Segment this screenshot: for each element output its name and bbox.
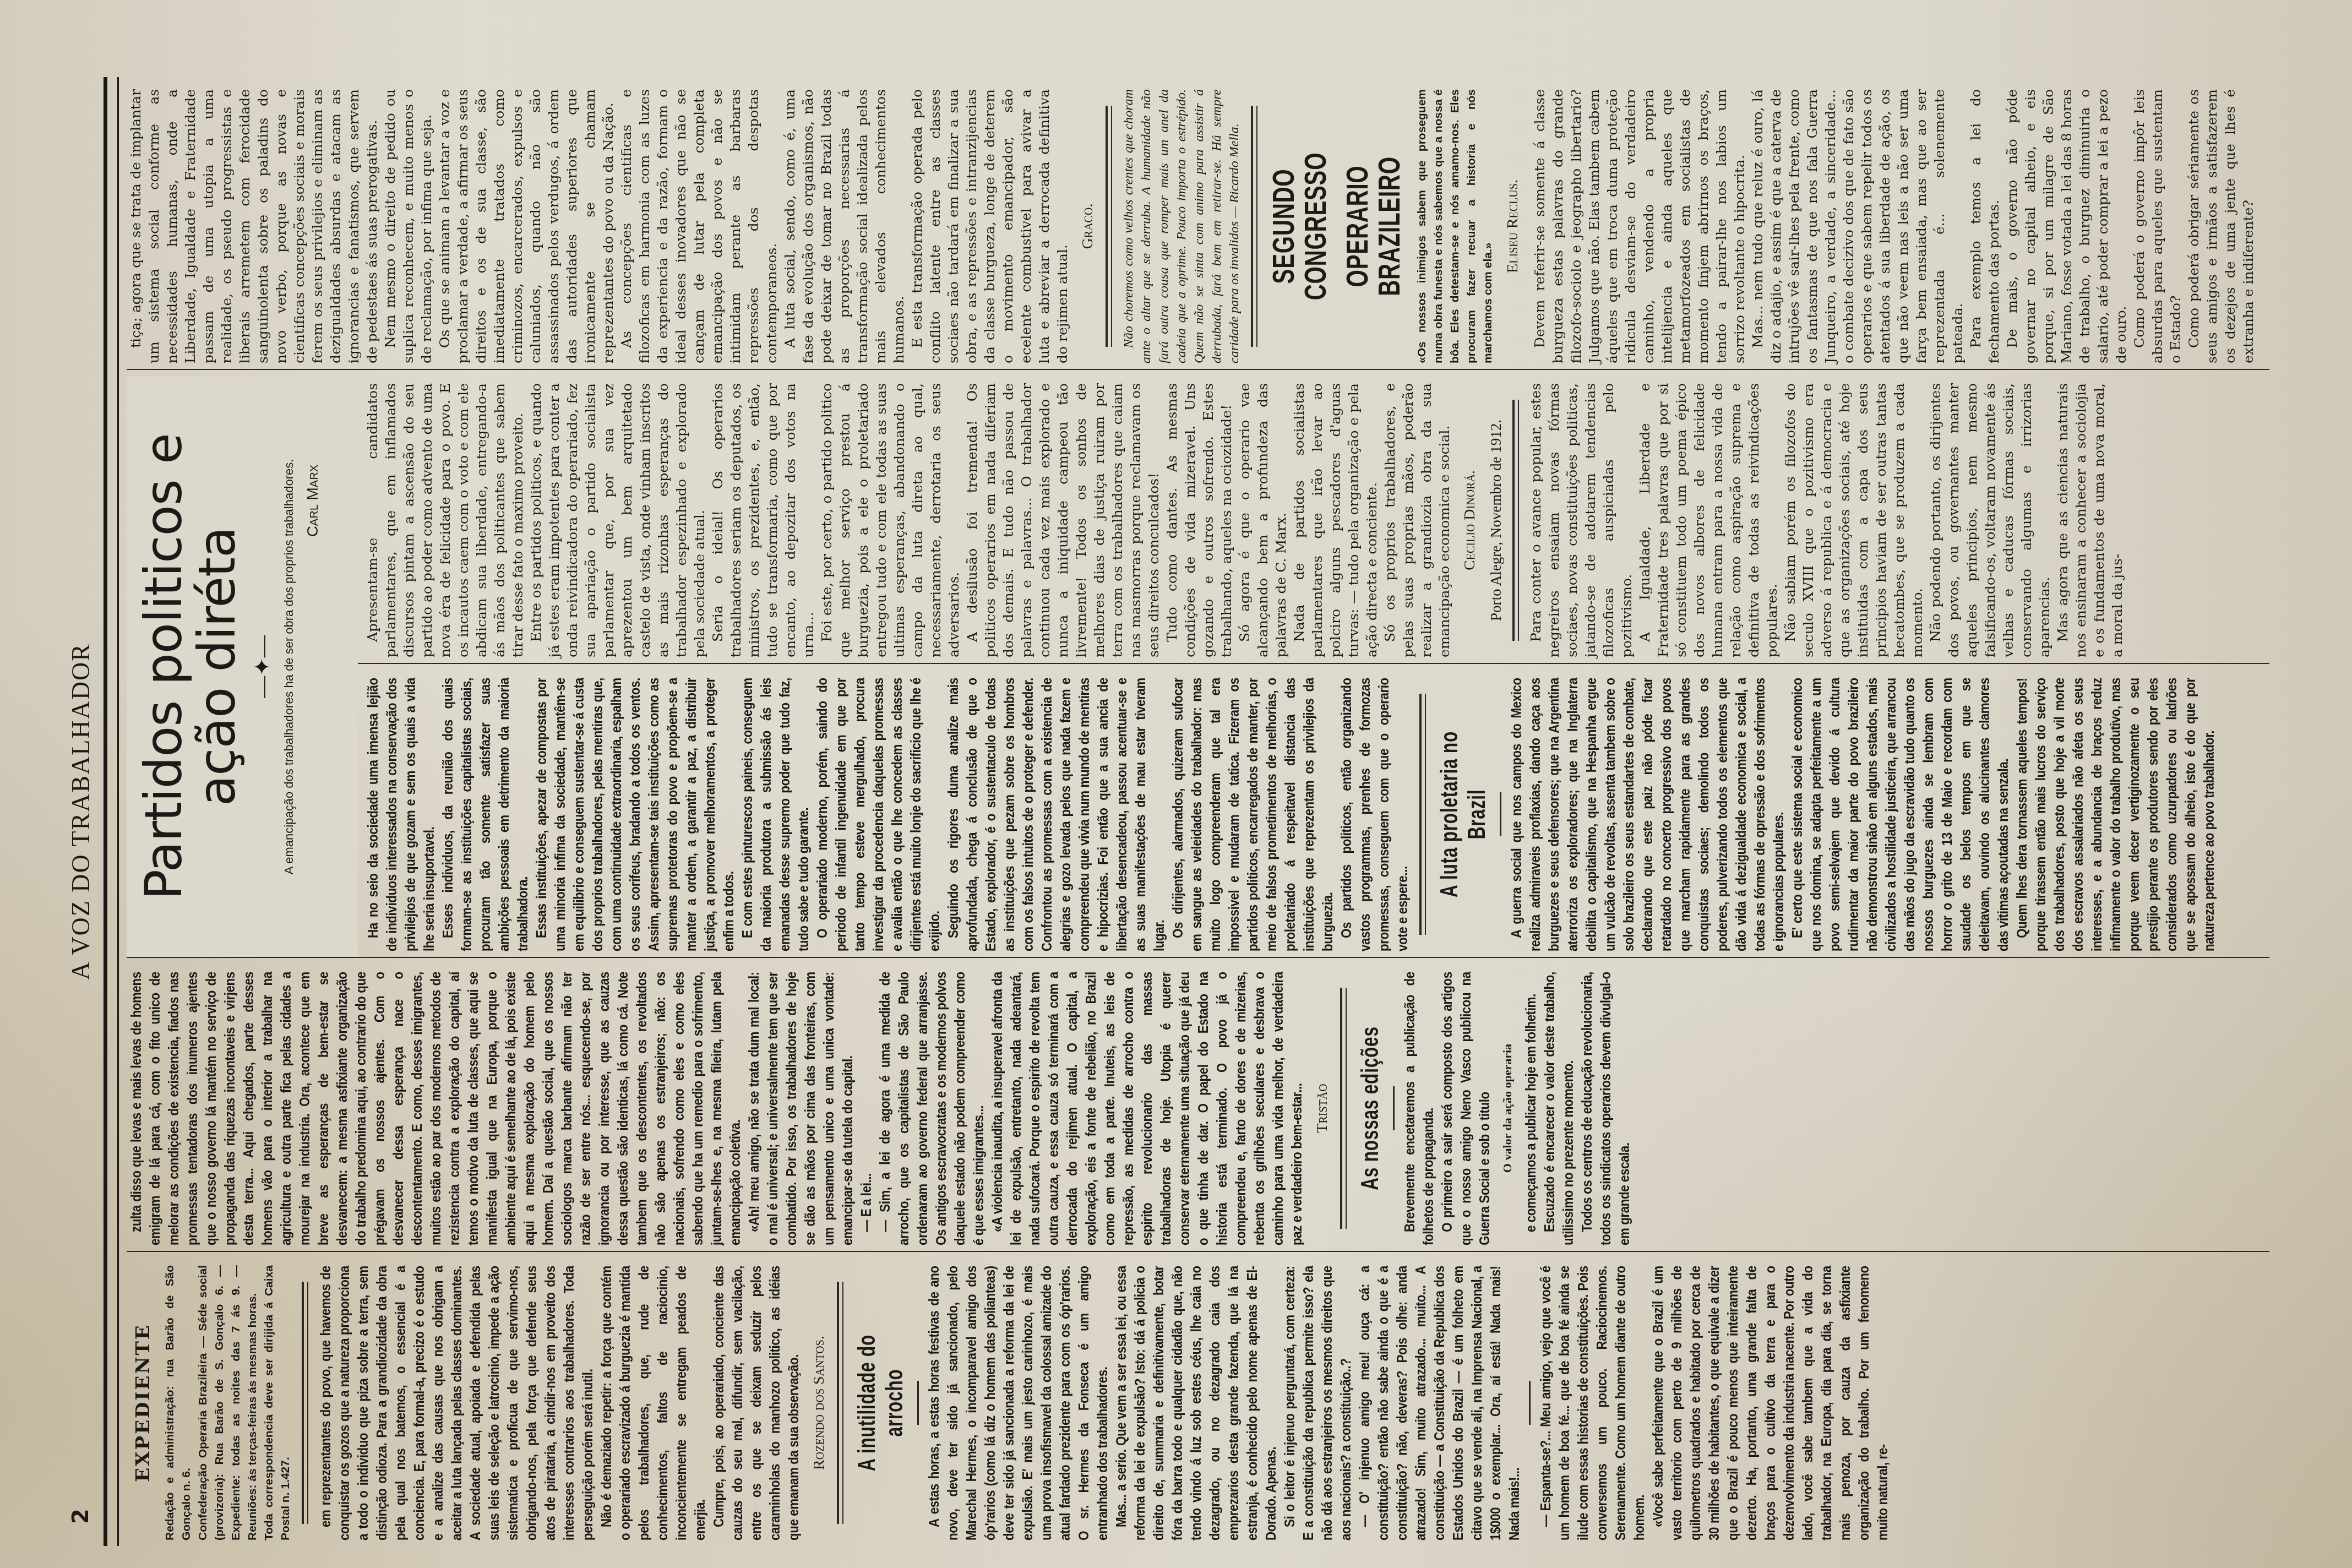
expediente-title: EXPEDIENTE	[132, 1265, 154, 1540]
paragraph: Escuzado é encarecer o valor deste traba…	[1540, 972, 1577, 1245]
paragraph: Para exemplo temos a lei do fechamento d…	[1967, 89, 2003, 363]
paragraph: Como poderá obrigar sériamente os seus a…	[2185, 89, 2257, 363]
article-title-luta: A luta proletaria no Brazil	[1436, 716, 1491, 913]
paragraph: Ha no seio da sociedade uma imensa lejiã…	[363, 678, 438, 951]
paragraph: Nada de partidos socialistas parlamentar…	[1290, 383, 1381, 657]
paragraph: Os dirijentes, alarmados, quizeram sufoc…	[1168, 678, 1337, 951]
article-signature: Cecilio Dinorá.	[1461, 383, 1479, 657]
paragraph: Para conter o avance popular, estes negr…	[1527, 383, 1636, 657]
separator	[1106, 106, 1112, 347]
paragraph: A guerra social que nos campos do Mexico…	[1507, 678, 1788, 951]
newspaper-title: A VOZ DO TRABALHADOR	[66, 77, 95, 1546]
separator	[917, 1381, 919, 1425]
paragraph: E esta transformação operada pelo confli…	[908, 89, 1071, 363]
paragraph: tiça; agora que se trata de implantar um…	[127, 89, 381, 363]
paragraph: Só os proprios trabalhadores, e pelas su…	[1381, 383, 1453, 657]
paragraph: A desilusão foi tremenda! Os politicos o…	[963, 383, 1163, 657]
paragraph: Quem lhes dera tornassem aqueles tempos!…	[2012, 678, 2218, 951]
column-4: Apresentam-se candidatos parlamentares, …	[127, 378, 2269, 664]
separator	[1393, 1086, 1395, 1130]
separator	[1529, 1381, 1531, 1425]
paragraph: Cumpre, pois, ao operariado, conciente d…	[709, 1266, 803, 1540]
paragraph: em reprezentantes do povo, que havemos d…	[316, 1266, 597, 1540]
paragraph: A estas horas, a estas horas festivas de…	[924, 1266, 1112, 1540]
paragraph: O primeiro a saír será composto dos arti…	[1438, 972, 1494, 1245]
ornament-divider: —✦—	[249, 377, 275, 957]
paragraph: Os partidos politicos, então organizando…	[1337, 678, 1412, 951]
separator	[1340, 988, 1347, 1229]
paragraph: «Você sabe perfeitamente que o Brazil é …	[1648, 1266, 1892, 1540]
column-2: zulta disso que levas e mais levas de ho…	[127, 966, 2269, 1252]
paragraph: As concepções cientificas e filozoficas …	[617, 89, 781, 363]
paragraph: Tudo como dantes. As mesmas condições de…	[1163, 383, 1235, 657]
paragraph: Não é demaziado repetir: a força que con…	[597, 1266, 709, 1540]
paragraph: O operariado moderno, porém, saindo do p…	[813, 678, 944, 951]
paragraph: — E a lei...	[857, 972, 875, 1245]
epigraph: A emancipação dos trabalhadores ha de se…	[280, 377, 324, 957]
paragraph: e começamos a publicar hoje em folhetim.	[1521, 972, 1540, 1245]
newspaper-page: 2 A VOZ DO TRABALHADOR EXPEDIENTE Redaçã…	[0, 0, 2352, 1568]
paragraph: Não sabiam porém os filozofos do seculo …	[1781, 383, 1926, 657]
paragraph: Devem referir-se somente á classe burgue…	[1531, 89, 1749, 363]
paragraph: Seria o ideial! Os operarios trabalhador…	[709, 383, 818, 657]
paragraph: — O' injenuo amigo meu! ouça cá: a const…	[1355, 1266, 1523, 1540]
expediente-line: Toda correspondencia deve ser dirijida á…	[261, 1265, 294, 1540]
epigraph-text: A emancipação dos trabalhadores ha de se…	[282, 459, 296, 875]
paragraph: Essas instituições, apezar de compostas …	[532, 678, 738, 951]
article-signature: Rozendo dos Santos.	[810, 1265, 828, 1540]
paragraph: Si o leitor é injenuo perguntará, com ce…	[1280, 1266, 1355, 1540]
paragraph: De mais, o governo não póde governar no …	[2003, 89, 2130, 363]
quote-signature: Eliseu Reclus.	[1504, 89, 1522, 363]
article-title-arrocho: A inutilidade do arrocho	[853, 1304, 908, 1502]
separator	[837, 1282, 843, 1524]
expediente-line: Confederação Operaria Brazileira — Séde …	[195, 1265, 261, 1540]
paragraph: Não podendo portanto, os dirijentes dos …	[1926, 383, 2054, 657]
paragraph: Esses individuos, da reunião dos quais f…	[438, 678, 532, 951]
reclus-quote: «Os nossos inimigos sabem que proseguem …	[1414, 89, 1496, 363]
paragraph: — Sim, a lei de agora é uma medida de ar…	[875, 972, 988, 1245]
columns: EXPEDIENTE Redação e administração: rua …	[127, 77, 2269, 1546]
paragraph: Só agora é que o operario vae alcançando…	[1235, 383, 1290, 657]
paragraph: Mas agora que as ciencias naturais nos e…	[2054, 383, 2126, 657]
paragraph: — Espanta-se?... Meu amigo, vejo que voc…	[1536, 1266, 1648, 1540]
paragraph: E com estes pinturescos paineis, consegu…	[738, 678, 813, 951]
paragraph: A Igualdade, Liberdade e Fraternidade tr…	[1636, 383, 1781, 657]
paragraph: A luta social, sendo, como é, uma fase d…	[781, 89, 908, 363]
column-1: EXPEDIENTE Redação e administração: rua …	[127, 1260, 2269, 1546]
partidos-headline-block: Partidos politicos e ação diréta —✦— A e…	[127, 377, 358, 958]
expediente-line: Redação e administração: rua Barão de Sã…	[162, 1265, 195, 1540]
paragraph: Seguindo os rigores duma analize mais ap…	[944, 678, 1168, 951]
separator	[302, 1282, 308, 1524]
masthead-rule	[104, 77, 119, 1546]
column-5: tiça; agora que se trata de implantar um…	[127, 84, 2269, 370]
article-signature: Tristão	[1314, 971, 1331, 1245]
article-title-congresso-1: SEGUNDO CONGRESSO	[1267, 128, 1331, 325]
paragraph: «Ah! meu amigo, não se trata dum mal loc…	[744, 972, 857, 1245]
article-title-congresso-2: OPERARIO BRAZILEIRO	[1341, 128, 1405, 325]
paragraph: Foi este, por certo, o partido politico …	[818, 383, 963, 657]
article-title-edicoes: As nossas edições	[1357, 1010, 1384, 1207]
paragraph: Mas... nem tudo que reluz é ouro, lá diz…	[1749, 89, 1967, 363]
separator	[1419, 694, 1426, 935]
separator	[1500, 792, 1501, 836]
masthead: 2 A VOZ DO TRABALHADOR	[66, 77, 99, 1546]
separator	[1251, 106, 1257, 347]
article-signature: Graco.	[1079, 89, 1097, 363]
pamphlet-title: O valor da ação operaria	[1500, 971, 1515, 1245]
paragraph: zulta disso que levas e mais levas de ho…	[127, 972, 744, 1245]
column-3: Ha no seio da sociedade uma imensa lejiã…	[127, 672, 2269, 958]
paragraph: Os que se animam a levantar a voz e proc…	[435, 89, 617, 363]
separator	[1512, 400, 1519, 641]
dateline: Porto Alegre, Novembro de 1912.	[1488, 383, 1505, 657]
paragraph: Nem mesmo o direito de pedido ou suplica…	[381, 89, 435, 363]
paragraph: Mas... a serio. Que vem a ser essa lei, …	[1112, 1266, 1280, 1540]
mella-quote: Não choremos como velhos crentes que cho…	[1120, 89, 1243, 363]
paragraph: E' certo que este sistema social e econo…	[1788, 678, 2012, 951]
article-title-partidos: Partidos politicos e ação diréta	[138, 377, 244, 957]
paragraph: Entre os partidos politicos, e quando já…	[527, 383, 709, 657]
paragraph: Como poderá o governo impôr leis absurda…	[2130, 89, 2185, 363]
paragraph: Apresentam-se candidatos parlamentares, …	[363, 383, 527, 657]
paragraph: Todos os centros de educação revoluciona…	[1577, 972, 1634, 1245]
paragraph: «A violencia inaudita, a insuperavel afr…	[988, 972, 1306, 1245]
paragraph: Brevemente encetaremos a publicação de f…	[1400, 972, 1438, 1245]
epigraph-author: Carl Marx	[301, 377, 324, 957]
